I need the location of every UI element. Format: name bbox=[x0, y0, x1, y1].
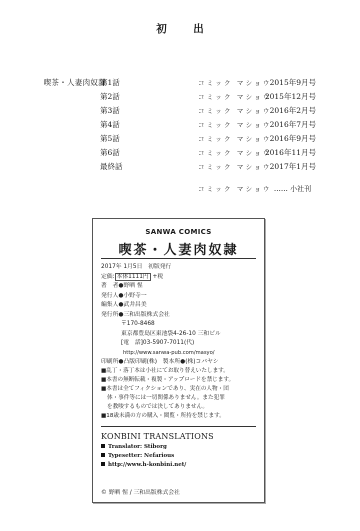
price-tax: +税 bbox=[153, 274, 164, 280]
notice-item: ■18歳未満の方の購入・閲覧・所持を禁じます。 bbox=[101, 412, 261, 421]
notices: ■乱丁・落丁本は小社にてお取り替えいたします。 ■本書の無断転載・複製・アップロ… bbox=[101, 367, 261, 421]
series-title: 喫茶・人妻肉奴隷 bbox=[44, 76, 106, 90]
magazine-name: コミック マショウ bbox=[198, 146, 272, 160]
publisher-note: コミック マショウ …… 小社刊 bbox=[198, 183, 311, 195]
page-title: 初 出 bbox=[0, 21, 360, 36]
credit-item: Translator: Stiborg bbox=[101, 443, 261, 452]
publisher-suffix: …… 小社刊 bbox=[274, 185, 311, 193]
author: 著 者●野晒 惺 bbox=[101, 282, 261, 292]
copyright: © 野晒 惺 / 三和出版株式会社 bbox=[101, 489, 180, 498]
square-bullet-icon bbox=[101, 444, 105, 448]
credit-item: http://www.h-konbini.net/ bbox=[101, 461, 261, 470]
imprint-label: SANWA COMICS bbox=[93, 228, 264, 236]
colophon-box: SANWA COMICS 喫茶・人妻肉奴隷 2017年 1月5日 初版発行 定価… bbox=[92, 218, 265, 503]
chapter-number: 第4話 bbox=[100, 118, 120, 132]
magazine-name: コミック マショウ bbox=[198, 132, 272, 146]
chapter-number: 第2話 bbox=[100, 90, 120, 104]
scanlation-credits: KONBINI TRANSLATIONS Translator: Stiborg… bbox=[101, 431, 261, 470]
credit-item: Typesetter: Nefarious bbox=[101, 452, 261, 461]
publication-info: 2017年 1月5日 初版発行 定価:本体1111円 +税 著 者●野晒 惺 発… bbox=[101, 263, 261, 358]
chapter-number: 第5話 bbox=[100, 132, 120, 146]
magazine-name: コミック マショウ bbox=[198, 160, 272, 174]
issue-date: 2016年11月号 bbox=[265, 146, 316, 160]
address: 東京都豊島区東池袋4-26-10 三和ビル bbox=[101, 330, 261, 340]
chapter-row: 最終話 コミック マショウ 2017年1月号 bbox=[0, 160, 360, 174]
chapter-row: 第5話 コミック マショウ 2016年9月号 bbox=[0, 132, 360, 146]
issuer: 発行人●小野寺一 bbox=[101, 292, 261, 302]
issue-date: 2016年9月号 bbox=[270, 132, 316, 146]
square-bullet-icon bbox=[101, 462, 105, 466]
issue-date: 2015年12月号 bbox=[265, 90, 316, 104]
postal-code: 〒170-8468 bbox=[101, 320, 261, 330]
chapter-row: 第6話 コミック マショウ 2016年11月号 bbox=[0, 146, 360, 160]
notice-item: ■本書は全てフィクションであり、実在の人物・団 bbox=[101, 385, 261, 394]
notice-item: ■乱丁・落丁本は小社にてお取り替えいたします。 bbox=[101, 367, 261, 376]
notice-item: を教唆するものでは決してありません。 bbox=[101, 403, 261, 412]
magazine-name: コミック マショウ bbox=[198, 104, 272, 118]
scanlation-group: KONBINI TRANSLATIONS bbox=[101, 431, 261, 443]
publisher-url: http://www.sanwa-pub.com/masyo/ bbox=[101, 349, 261, 359]
book-title: 喫茶・人妻肉奴隷 bbox=[93, 239, 264, 258]
chapter-row: 喫茶・人妻肉奴隷 第1話 コミック マショウ 2015年9月号 bbox=[0, 76, 360, 90]
price-line: 定価:本体1111円 +税 bbox=[101, 273, 261, 283]
magazine-name: コミック マショウ bbox=[198, 118, 272, 132]
divider bbox=[101, 426, 256, 427]
editor: 編集人●武井昌美 bbox=[101, 301, 261, 311]
issue-date: 2015年9月号 bbox=[270, 76, 316, 90]
issue-date: 2017年1月号 bbox=[270, 160, 316, 174]
chapter-row: 第4話 コミック マショウ 2016年7月号 bbox=[0, 118, 360, 132]
divider bbox=[101, 258, 256, 259]
phone: [電 話]03-5907-7011(代) bbox=[101, 339, 261, 349]
chapter-row: 第2話 コミック マショウ 2015年12月号 bbox=[0, 90, 360, 104]
chapter-number: 第6話 bbox=[100, 146, 120, 160]
price-label: 定価: bbox=[101, 274, 115, 280]
chapter-number: 第3話 bbox=[100, 104, 120, 118]
price-value: 本体1111円 bbox=[115, 273, 151, 281]
issue-date: 2016年7月号 bbox=[270, 118, 316, 132]
publisher: 発行所●三和出版株式会社 bbox=[101, 311, 261, 321]
notice-item: 体・事件等には一切関係ありません。また犯罪 bbox=[101, 394, 261, 403]
square-bullet-icon bbox=[101, 453, 105, 457]
chapter-number: 第1話 bbox=[100, 76, 120, 90]
chapter-number: 最終話 bbox=[100, 160, 123, 174]
issue-date: 2017年 1月5日 初版発行 bbox=[101, 263, 261, 273]
magazine-name: コミック マショウ bbox=[198, 76, 272, 90]
chapter-row: 第3話 コミック マショウ 2016年2月号 bbox=[0, 104, 360, 118]
magazine-name: コミック マショウ bbox=[198, 90, 272, 104]
notice-item: ■本書の無断転載・複製・アップロードを禁じます。 bbox=[101, 376, 261, 385]
magazine-name: コミック マショウ bbox=[198, 185, 272, 193]
issue-date: 2016年2月号 bbox=[270, 104, 316, 118]
